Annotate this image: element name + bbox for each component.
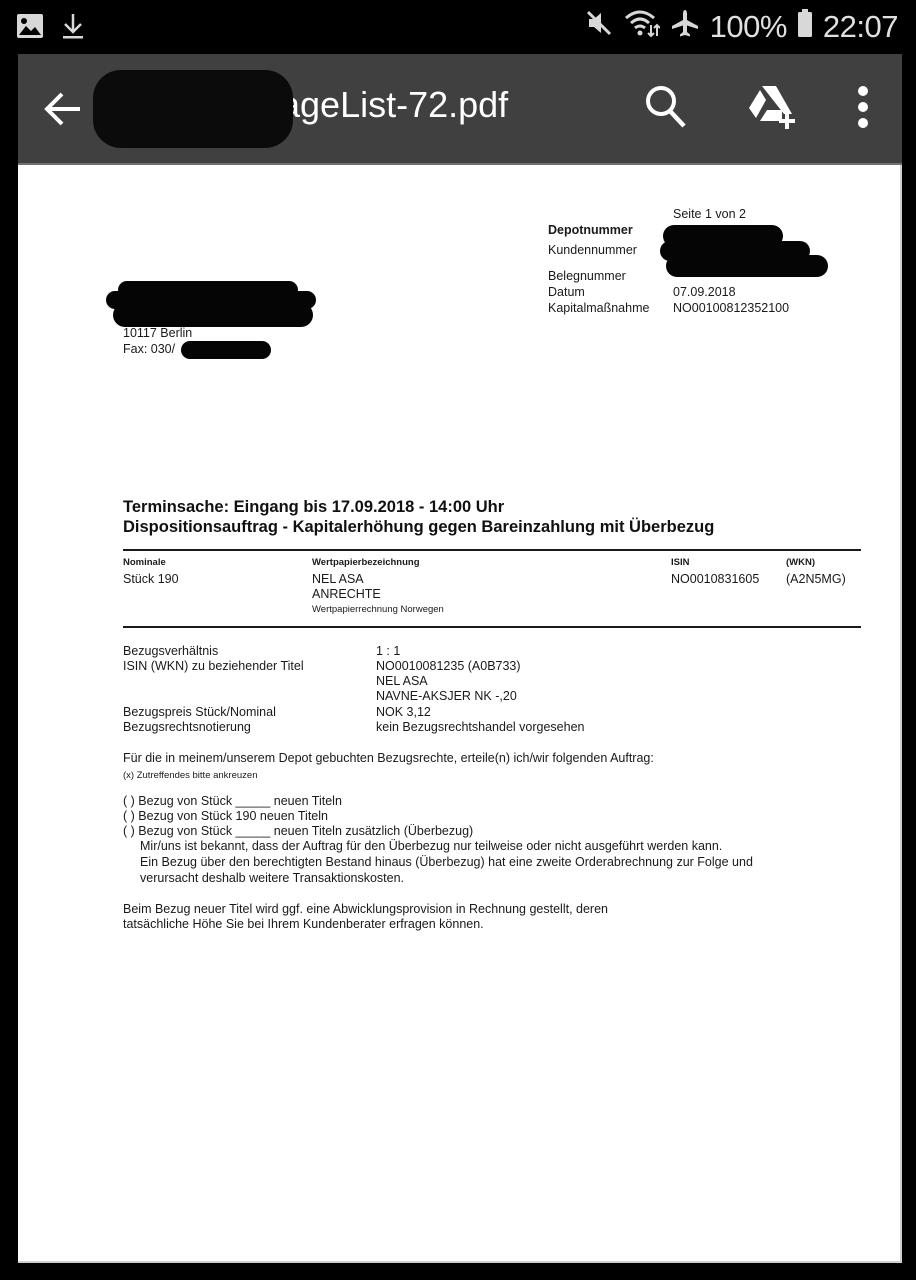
redaction-mark: [113, 303, 313, 327]
bezugsverhaeltnis-value: 1 : 1: [376, 644, 400, 659]
footer-note-2: tatsächliche Höhe Sie bei Ihrem Kundenbe…: [123, 917, 484, 932]
table-cell-bezeichnung-2: ANRECHTE: [312, 587, 381, 602]
kapitalmassnahme-value: NO00100812352100: [673, 301, 789, 316]
table-cell-wkn: (A2N5MG): [786, 572, 846, 587]
option-overbezug[interactable]: ( ) Bezug von Stück _____ neuen Titeln z…: [123, 824, 473, 839]
isin-titel-value-3: NAVNE-AKSJER NK -,20: [376, 689, 517, 704]
table-header-wkn: (WKN): [786, 555, 815, 570]
back-arrow-icon[interactable]: [42, 88, 84, 130]
isin-titel-label: ISIN (WKN) zu beziehender Titel: [123, 659, 304, 674]
table-header-isin: ISIN: [671, 555, 689, 570]
overbezug-note-1: Mir/uns ist bekannt, dass der Auftrag fü…: [140, 839, 722, 854]
table-bottom-rule: [123, 626, 861, 628]
table-top-rule: [123, 549, 861, 551]
belegnummer-label: Belegnummer: [548, 269, 626, 284]
instruction-note: (x) Zutreffendes bitte ankreuzen: [123, 768, 257, 783]
redaction-mark: [181, 341, 271, 359]
bezugsverhaeltnis-label: Bezugsverhältnis: [123, 644, 218, 659]
redaction-mark: [93, 70, 293, 148]
notierung-value: kein Bezugsrechtshandel vorgesehen: [376, 720, 584, 735]
table-cell-bezeichnung-1: NEL ASA: [312, 572, 364, 587]
bezugspreis-value: NOK 3,12: [376, 705, 431, 720]
datum-label: Datum: [548, 285, 585, 300]
option-full[interactable]: ( ) Bezug von Stück 190 neuen Titeln: [123, 809, 328, 824]
bezugspreis-label: Bezugspreis Stück/Nominal: [123, 705, 276, 720]
kapitalmassnahme-label: Kapitalmaßnahme: [548, 301, 649, 316]
search-icon[interactable]: [644, 84, 688, 135]
battery-percentage: 100%: [710, 9, 787, 45]
isin-titel-value-2: NEL ASA: [376, 674, 428, 689]
battery-icon: [797, 8, 813, 46]
wifi-icon: [624, 8, 660, 46]
table-header-nominale: Nominale: [123, 555, 166, 570]
status-bar: 100% 22:07: [0, 0, 916, 54]
notierung-label: Bezugsrechtsnotierung: [123, 720, 251, 735]
heading-title: Dispositionsauftrag - Kapitalerhöhung ge…: [123, 518, 714, 537]
kundennummer-label: Kundennummer: [548, 243, 637, 258]
table-cell-isin: NO0010831605: [671, 572, 759, 587]
app-bar: ageList-72.pdf: [18, 54, 902, 165]
footer-note-1: Beim Bezug neuer Titel wird ggf. eine Ab…: [123, 902, 608, 917]
table-cell-nominale: Stück 190: [123, 572, 179, 587]
overbezug-note-3: verursacht deshalb weitere Transaktionsk…: [140, 871, 404, 886]
clock: 22:07: [823, 9, 898, 45]
table-cell-bezeichnung-3: Wertpapierrechnung Norwegen: [312, 602, 444, 617]
mute-icon: [584, 8, 614, 46]
option-partial[interactable]: ( ) Bezug von Stück _____ neuen Titeln: [123, 794, 342, 809]
pdf-page[interactable]: Seite 1 von 2 Depotnummer Kundennummer B…: [18, 165, 902, 1263]
redaction-mark: [666, 255, 828, 277]
address-city: 10117 Berlin: [123, 326, 192, 341]
download-icon: [62, 12, 84, 45]
overbezug-note-2: Ein Bezug über den berechtigten Bestand …: [140, 855, 753, 870]
instruction-text: Für die in meinem/unserem Depot gebuchte…: [123, 751, 654, 766]
isin-titel-value-1: NO0010081235 (A0B733): [376, 659, 521, 674]
depotnummer-label: Depotnummer: [548, 223, 633, 238]
table-header-bezeichnung: Wertpapierbezeichnung: [312, 555, 420, 570]
datum-value: 07.09.2018: [673, 285, 736, 300]
image-notification-icon: [16, 13, 44, 44]
drive-add-icon[interactable]: [748, 84, 798, 135]
heading-deadline: Terminsache: Eingang bis 17.09.2018 - 14…: [123, 498, 504, 517]
airplane-mode-icon: [670, 8, 700, 46]
more-vert-icon[interactable]: [856, 84, 870, 135]
page-indicator: Seite 1 von 2: [673, 207, 746, 222]
address-fax: Fax: 030/: [123, 342, 175, 357]
